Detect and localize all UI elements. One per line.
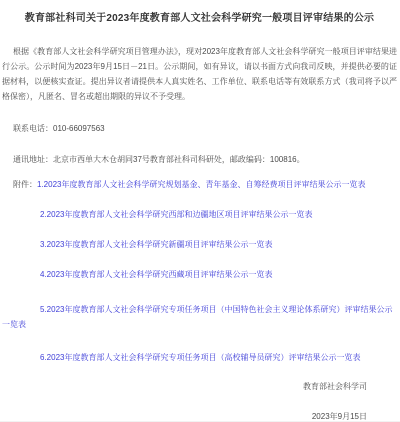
attachments-line-1: 附件：1.2023年度教育部人文社会科学研究规划基金、青年基金、自筹经费项目评审… bbox=[2, 177, 397, 192]
mailing-address: 通讯地址：北京市西单大木仓胡同37号教育部社科司科研处，邮政编码：100816。 bbox=[2, 152, 397, 167]
attachments-line-5: 5.2023年度教育部人文社会科学研究专项任务项目（中国特色社会主义理论体系研究… bbox=[2, 302, 397, 332]
attachment-link-4[interactable]: 4.2023年度教育部人文社会科学研究西藏项目评审结果公示一览表 bbox=[40, 270, 272, 279]
attachments-label: 附件： bbox=[13, 180, 37, 189]
attachments-line-3: 3.2023年度教育部人文社会科学研究新疆项目评审结果公示一览表 bbox=[2, 237, 397, 252]
contact-phone: 联系电话：010-66097563 bbox=[2, 121, 397, 136]
attachment-link-5[interactable]: 5.2023年度教育部人文社会科学研究专项任务项目（中国特色社会主义理论体系研究… bbox=[2, 305, 392, 329]
attachments-line-4: 4.2023年度教育部人文社会科学研究西藏项目评审结果公示一览表 bbox=[2, 267, 397, 282]
attachments-line-6: 6.2023年度教育部人文社会科学研究专项任务项目（高校辅导员研究）评审结果公示… bbox=[2, 350, 397, 365]
announcement-page: 教育部社科司关于2023年度教育部人文社会科学研究一般项目评审结果的公示 根据《… bbox=[0, 0, 400, 422]
attachment-link-3[interactable]: 3.2023年度教育部人文社会科学研究新疆项目评审结果公示一览表 bbox=[40, 240, 272, 249]
intro-paragraph: 根据《教育部人文社会科学研究项目管理办法》，现对2023年度教育部人文社会科学研… bbox=[2, 44, 397, 104]
attachment-link-1[interactable]: 1.2023年度教育部人文社会科学研究规划基金、青年基金、自筹经费项目评审结果公… bbox=[37, 180, 365, 189]
attachment-link-6[interactable]: 6.2023年度教育部人文社会科学研究专项任务项目（高校辅导员研究）评审结果公示… bbox=[40, 353, 360, 362]
page-title: 教育部社科司关于2023年度教育部人文社会科学研究一般项目评审结果的公示 bbox=[2, 9, 397, 26]
signature-date: 2023年9月15日 bbox=[2, 409, 397, 422]
attachment-link-2[interactable]: 2.2023年度教育部人文社会科学研究西部和边疆地区项目评审结果公示一览表 bbox=[40, 210, 312, 219]
attachments-line-2: 2.2023年度教育部人文社会科学研究西部和边疆地区项目评审结果公示一览表 bbox=[2, 207, 397, 222]
signature-organization: 教育部社会科学司 bbox=[2, 379, 397, 394]
